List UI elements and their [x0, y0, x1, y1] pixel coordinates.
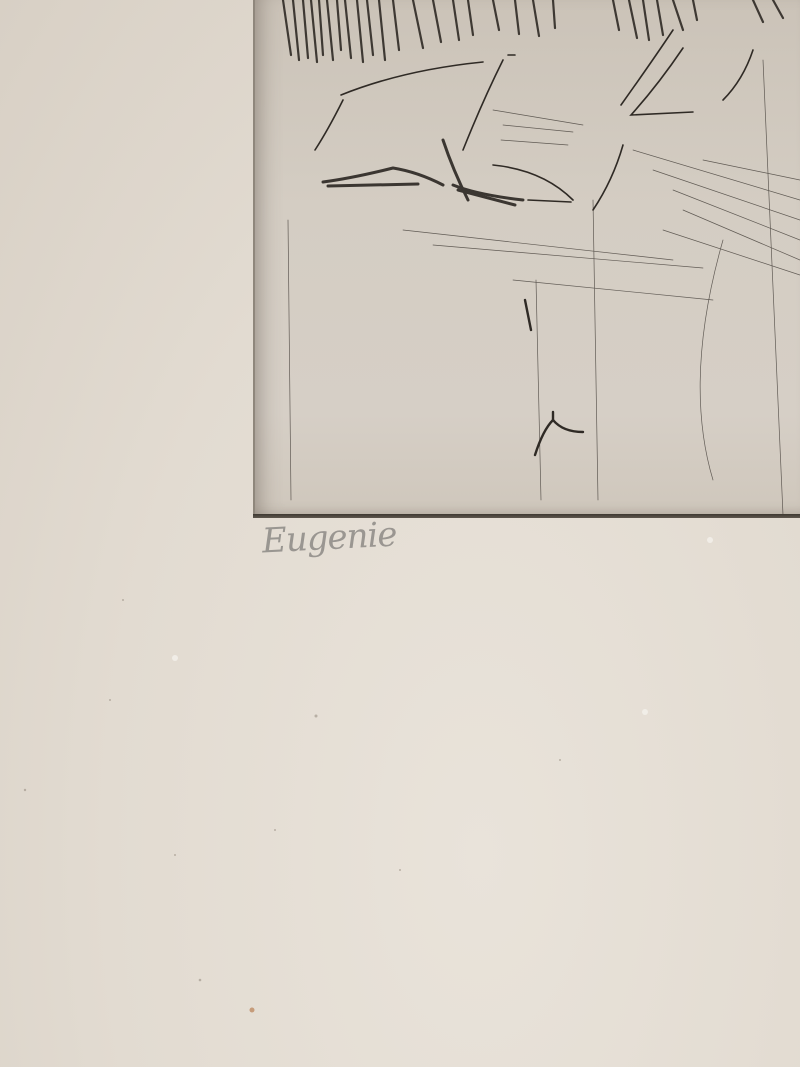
pencil-signature: Eugenie — [261, 515, 397, 562]
etching-strokes — [253, 0, 800, 516]
paper-sheet: Eugenie — [0, 0, 800, 1067]
